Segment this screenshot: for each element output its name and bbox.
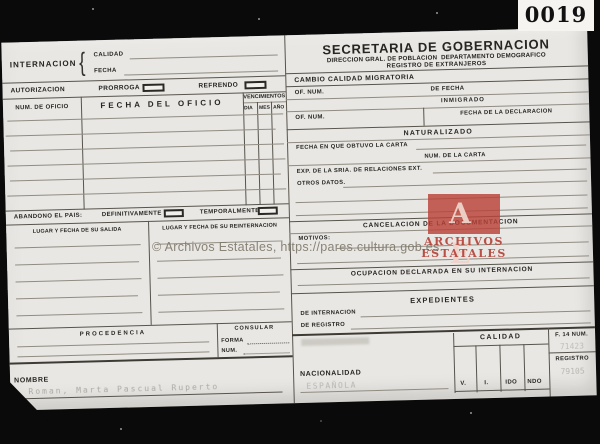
registration-card: INTERNACION { CALIDAD FECHA AUTORIZACION… bbox=[1, 27, 596, 410]
dust-speck bbox=[320, 420, 322, 422]
definitivamente-checkbox bbox=[164, 209, 184, 218]
of-num-label: OF. NUM. bbox=[295, 89, 325, 96]
salida-header: LUGAR Y FECHA DE SU SALIDA bbox=[6, 226, 148, 236]
brace-glyph: { bbox=[79, 47, 86, 78]
col-v-label: V. bbox=[460, 381, 466, 387]
calidad-line bbox=[130, 55, 278, 60]
calidad-box-vline bbox=[499, 345, 501, 392]
forma-label: FORMA bbox=[221, 337, 244, 344]
table-row-line bbox=[10, 143, 284, 151]
table-row-line bbox=[7, 113, 283, 121]
blank-line bbox=[16, 278, 142, 282]
ano-header: AÑO bbox=[273, 104, 284, 110]
fecha-line bbox=[124, 70, 278, 75]
frame-counter: 0019 bbox=[518, 0, 594, 31]
nacionalidad-value: ESPAÑOLA bbox=[306, 381, 357, 391]
blank-line bbox=[15, 261, 139, 265]
table-row-line bbox=[10, 173, 281, 181]
col-ido-label: IDO bbox=[505, 379, 517, 385]
refrendo-checkbox bbox=[244, 81, 266, 90]
num-dotted-line bbox=[244, 352, 290, 354]
ocupacion-label: OCUPACION DECLARADA EN SU INTERNACION bbox=[290, 264, 593, 279]
calidad-label: CALIDAD bbox=[94, 52, 124, 59]
fecha-declaracion-label: FECHA DE LA DECLARACION bbox=[423, 107, 589, 117]
divider-rule bbox=[2, 75, 285, 83]
mes-header: MES bbox=[259, 105, 270, 111]
blank-line bbox=[416, 144, 586, 149]
dust-speck bbox=[436, 12, 438, 14]
f14-num-label: F. 14 NUM. bbox=[548, 331, 595, 338]
internacion-label: INTERNACION bbox=[10, 59, 77, 70]
registro-value: 79105 bbox=[549, 366, 596, 376]
of-num2-label: OF. NUM. bbox=[295, 114, 325, 121]
calidad-box-bottom-rule bbox=[455, 389, 550, 392]
fecha-carta-label: FECHA EN QUE OBTUVO LA CARTA bbox=[296, 142, 408, 151]
procedencia-label: PROCEDENCIA bbox=[9, 328, 217, 339]
de-registro-label: DE REGISTRO bbox=[301, 322, 345, 329]
num-oficio-header: NUM. DE OFICIO bbox=[3, 104, 81, 112]
nombre-label: NOMBRE bbox=[14, 377, 49, 385]
f14-num-value: 71423 bbox=[548, 341, 595, 351]
dust-speck bbox=[92, 8, 94, 10]
autorizacion-label: AUTORIZACION bbox=[10, 86, 65, 94]
blank-line bbox=[158, 292, 280, 296]
reinternacion-header: LUGAR Y FECHA DE SU REINTERNACION bbox=[150, 222, 289, 232]
registro-label: REGISTRO bbox=[549, 355, 596, 362]
blank-line bbox=[16, 312, 142, 316]
archive-watermark: © Archivos Estatales, https://pares.cult… bbox=[152, 240, 440, 254]
archive-stamp-icon: A E bbox=[428, 194, 500, 234]
table-row-line bbox=[6, 129, 276, 137]
fecha-oficio-header: FECHA DEL OFICIO bbox=[81, 97, 243, 110]
col-i-label: I. bbox=[484, 380, 488, 386]
calidad-box-label: CALIDAD bbox=[453, 333, 548, 342]
blank-line bbox=[18, 351, 210, 357]
heavy-rule bbox=[10, 355, 293, 364]
column-divider bbox=[148, 221, 152, 325]
refrendo-label: REFRENDO bbox=[198, 82, 238, 90]
calidad-box-rule bbox=[453, 344, 548, 347]
col-ndo-label: NDO bbox=[527, 379, 542, 385]
blank-line bbox=[16, 295, 138, 299]
consular-label: CONSULAR bbox=[217, 324, 292, 332]
fecha-label: FECHA bbox=[94, 68, 117, 75]
center-divider bbox=[284, 35, 295, 403]
de-fecha-label: DE FECHA bbox=[431, 86, 465, 93]
temporalmente-checkbox bbox=[258, 207, 278, 216]
num-carta-label: NUM. DE LA CARTA bbox=[424, 152, 486, 160]
expedientes-label: EXPEDIENTES bbox=[291, 291, 594, 308]
blank-line bbox=[343, 180, 587, 187]
dust-speck bbox=[258, 18, 260, 20]
calidad-box-vline bbox=[523, 344, 525, 391]
blank-line bbox=[157, 257, 281, 261]
blank-line bbox=[15, 244, 141, 248]
nacionalidad-label: NACIONALIDAD bbox=[300, 369, 361, 378]
prorroga-checkbox bbox=[142, 83, 164, 92]
abandono-label: ABANDONO EL PAIS: bbox=[14, 213, 83, 221]
blank-line bbox=[298, 277, 590, 286]
exp-sria-label: EXP. DE LA SRIA. DE RELACIONES EXT. bbox=[297, 166, 423, 175]
calidad-box-vline bbox=[475, 345, 477, 392]
prorroga-label: PRORROGA bbox=[98, 84, 140, 92]
blank-line bbox=[361, 310, 591, 317]
blank-line bbox=[17, 341, 209, 347]
f14-box-rule bbox=[549, 351, 596, 353]
temporalmente-label: TEMPORALMENTE bbox=[200, 208, 260, 216]
dust-speck bbox=[120, 428, 122, 430]
dust-speck bbox=[470, 412, 472, 414]
de-internacion-label: DE INTERNACION bbox=[300, 310, 356, 317]
faint-typed-smudge bbox=[301, 337, 369, 346]
forma-dotted-line bbox=[247, 342, 289, 344]
blank-line bbox=[158, 308, 284, 312]
definitivamente-label: DEFINITIVAMENTE bbox=[102, 211, 162, 219]
blank-line bbox=[157, 274, 283, 278]
otros-datos-label: OTROS DATOS. bbox=[297, 180, 346, 187]
dia-header: DIA bbox=[244, 105, 253, 111]
blank-line bbox=[433, 168, 587, 173]
venc-underline bbox=[243, 101, 286, 103]
vencimientos-header: VENCIMIENTOS bbox=[243, 93, 286, 100]
consular-num-label: NUM. bbox=[221, 348, 237, 354]
archive-stamp-word2: ESTATALES bbox=[413, 248, 515, 260]
